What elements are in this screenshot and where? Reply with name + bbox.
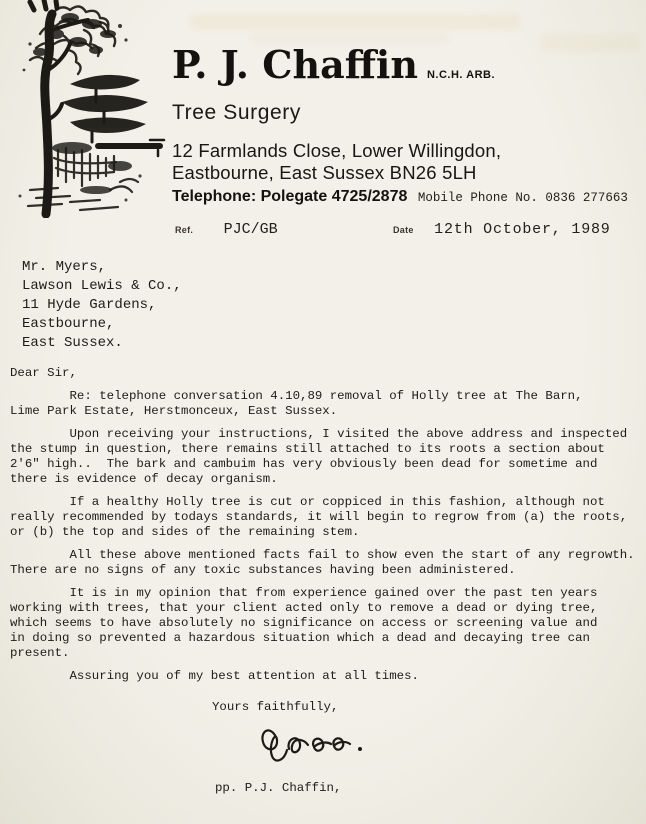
recipient-address: Mr. Myers, Lawson Lewis & Co., 11 Hyde G… [22, 258, 182, 353]
tagline: Tree Surgery [172, 101, 642, 125]
faint-stamp-smudge [190, 14, 520, 30]
closing-block: Yours faithfully, pp. P.J. Chaffin, [212, 700, 642, 796]
signature-icon [256, 723, 366, 775]
date-label: Date [393, 225, 414, 235]
tree-sketch-icon [0, 0, 168, 218]
ref-label: Ref. [175, 225, 193, 235]
paragraph-re-line: Re: telephone conversation 4.10,89 remov… [10, 389, 642, 419]
paragraph-opinion: It is in my opinion that from experience… [10, 586, 642, 661]
business-name: P. J. ChaffinN.C.H. ARB. [172, 44, 642, 96]
scanned-letter-page: P. J. ChaffinN.C.H. ARB. Tree Surgery 12… [0, 0, 646, 824]
paragraph-assurance: Assuring you of my best attention at all… [10, 669, 642, 684]
telephone-number: Telephone: Polegate 4725/2878 [172, 188, 407, 205]
address-line2: Eastbourne, East Sussex BN26 5LH [172, 162, 642, 184]
mobile-number: Mobile Phone No. 0836 277663 [418, 191, 628, 205]
letter-body: Dear Sir, Re: telephone conversation 4.1… [10, 366, 642, 796]
letterhead: P. J. ChaffinN.C.H. ARB. Tree Surgery 12… [172, 44, 642, 206]
business-name-text: P. J. Chaffin [172, 42, 418, 87]
date-value: 12th October, 1989 [434, 221, 610, 238]
credentials: N.C.H. ARB. [427, 69, 495, 81]
signoff: pp. P.J. Chaffin, [215, 781, 642, 796]
reference-row: Ref. PJC/GB Date 12th October, 1989 [175, 220, 640, 240]
letterhead-address: 12 Farmlands Close, Lower Willingdon, Ea… [172, 140, 642, 184]
address-line1: 12 Farmlands Close, Lower Willingdon, [172, 140, 642, 162]
ref-value: PJC/GB [224, 221, 278, 238]
paragraph-regrowth: All these above mentioned facts fail to … [10, 548, 642, 578]
closing-line: Yours faithfully, [212, 700, 642, 715]
paragraph-inspection: Upon receiving your instructions, I visi… [10, 427, 642, 487]
paragraph-coppice: If a healthy Holly tree is cut or coppic… [10, 495, 642, 540]
phone-row: Telephone: Polegate 4725/2878 Mobile Pho… [172, 188, 642, 206]
salutation: Dear Sir, [10, 366, 642, 381]
